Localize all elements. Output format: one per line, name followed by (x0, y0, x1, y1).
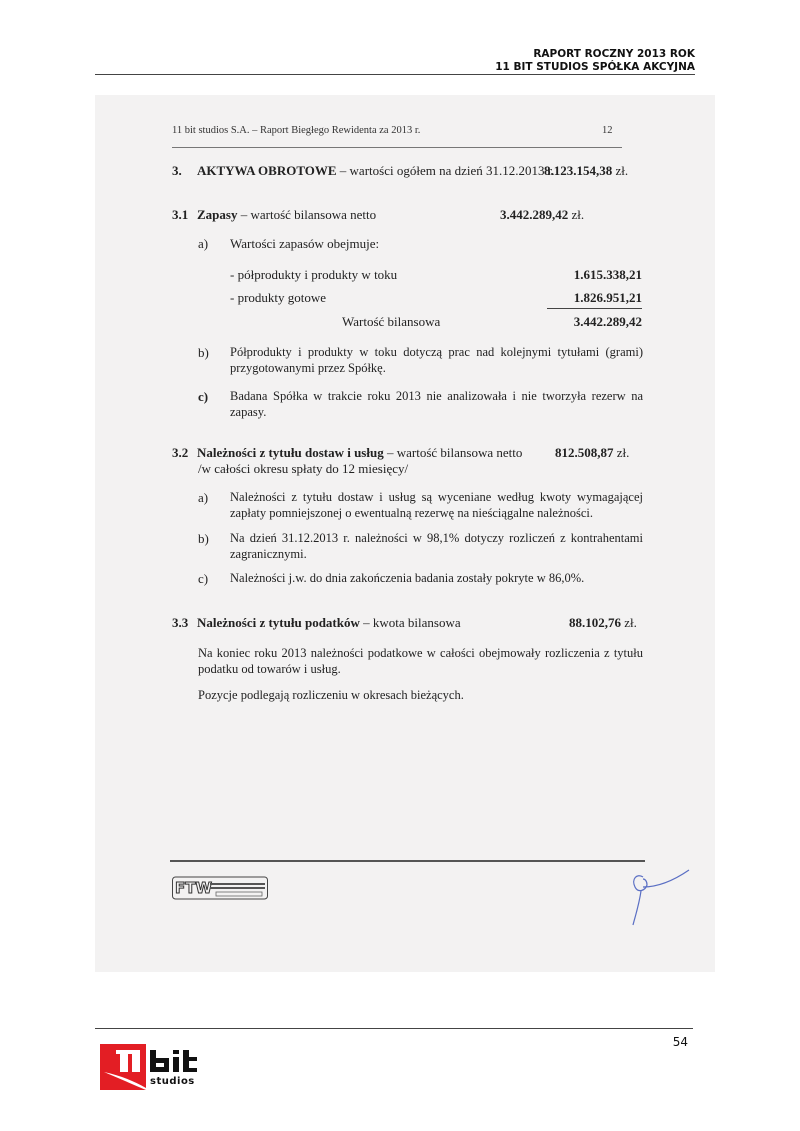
section31-b-text: Półprodukty i produkty w toku dotyczą pr… (230, 344, 643, 376)
auditor-logo-text: FTW (175, 879, 212, 897)
section3-desc: – wartości ogółem na dzień 31.12.2013 r. (340, 163, 555, 178)
section32-currency: zł. (617, 445, 630, 460)
total-divider (547, 308, 642, 309)
section31-c-text: Badana Spółka w trakcie roku 2013 nie an… (230, 388, 643, 420)
section31-desc: – wartość bilansowa netto (241, 207, 376, 222)
section32-desc: – wartość bilansowa netto (387, 445, 522, 460)
section33-heading: Należności z tytułu podatków – kwota bil… (197, 615, 461, 631)
running-head-divider (172, 147, 622, 148)
scanned-page: 11 bit studios S.A. – Raport Biegłego Re… (95, 95, 715, 972)
section31-heading: Zapasy – wartość bilansowa netto (197, 207, 376, 223)
section33-currency: zł. (624, 615, 637, 630)
section33-paragraph-1: Na koniec roku 2013 należności podatkowe… (198, 645, 643, 677)
section3-title: AKTYWA OBROTOWE (197, 163, 337, 178)
section32-heading: Należności z tytułu dostaw i usług – war… (197, 445, 522, 461)
running-head: 11 bit studios S.A. – Raport Biegłego Re… (172, 125, 420, 136)
section32-a-text: Należności z tytułu dostaw i usług są wy… (230, 489, 643, 521)
inventory-item-label: - półprodukty i produkty w toku (230, 267, 397, 283)
section32-a-label: a) (198, 490, 208, 506)
total-value: 3.442.289,42 (574, 314, 642, 330)
section32-c-text: Należności j.w. do dnia zakończenia bada… (230, 570, 643, 586)
inventory-item-value: 1.826.951,21 (574, 290, 642, 306)
header-divider (95, 74, 695, 75)
section31-a-label: a) (198, 236, 208, 252)
section32-title: Należności z tytułu dostaw i usług (197, 445, 384, 460)
report-header-line2: 11 BIT STUDIOS SPÓŁKA AKCYJNA (495, 61, 695, 74)
section33-desc: – kwota bilansowa (363, 615, 460, 630)
scan-footer-divider (170, 860, 645, 862)
auditor-logo-icon: FTW (172, 875, 268, 901)
section31-amount-wrap: 3.442.289,42 zł. (500, 207, 584, 223)
section32-amount: 812.508,87 (555, 445, 614, 460)
section31-title: Zapasy (197, 207, 237, 222)
section33-title: Należności z tytułu podatków (197, 615, 360, 630)
inventory-item-label: - produkty gotowe (230, 290, 326, 306)
section33-amount-wrap: 88.102,76 zł. (569, 615, 637, 631)
section3-number: 3. (172, 163, 182, 179)
section33-number: 3.3 (172, 615, 188, 631)
section32-subdesc: /w całości okresu spłaty do 12 miesięcy/ (198, 461, 408, 477)
section3-amount: 8.123.154,38 (544, 163, 612, 178)
logo-subtext: studios (150, 1076, 195, 1087)
section32-c-label: c) (198, 571, 208, 587)
footer-divider (95, 1028, 693, 1029)
section31-a-text: Wartości zapasów obejmuje: (230, 236, 379, 252)
section33-amount: 88.102,76 (569, 615, 621, 630)
scan-page-number: 12 (602, 125, 613, 136)
report-header-line1: RAPORT ROCZNY 2013 ROK (495, 48, 695, 61)
section32-amount-wrap: 812.508,87 zł. (555, 445, 629, 461)
section3-amount-wrap: 8.123.154,38 zł. (544, 163, 628, 179)
section31-amount: 3.442.289,42 (500, 207, 568, 222)
section32-b-text: Na dzień 31.12.2013 r. należności w 98,1… (230, 530, 643, 562)
footer-page-number: 54 (673, 1035, 688, 1049)
company-logo-icon: studios (100, 1042, 240, 1092)
section31-b-label: b) (198, 345, 209, 361)
inventory-item-value: 1.615.338,21 (574, 267, 642, 283)
signature-icon (623, 865, 693, 930)
section31-number: 3.1 (172, 207, 188, 223)
section3-heading: AKTYWA OBROTOWE – wartości ogółem na dzi… (197, 163, 555, 179)
section33-paragraph-2: Pozycje podlegają rozliczeniu w okresach… (198, 687, 643, 703)
total-label: Wartość bilansowa (342, 314, 440, 330)
section3-currency: zł. (616, 163, 629, 178)
section31-c-label: c) (198, 389, 208, 405)
section31-currency: zł. (572, 207, 585, 222)
report-header: RAPORT ROCZNY 2013 ROK 11 BIT STUDIOS SP… (495, 48, 695, 74)
section32-number: 3.2 (172, 445, 188, 461)
section32-b-label: b) (198, 531, 209, 547)
